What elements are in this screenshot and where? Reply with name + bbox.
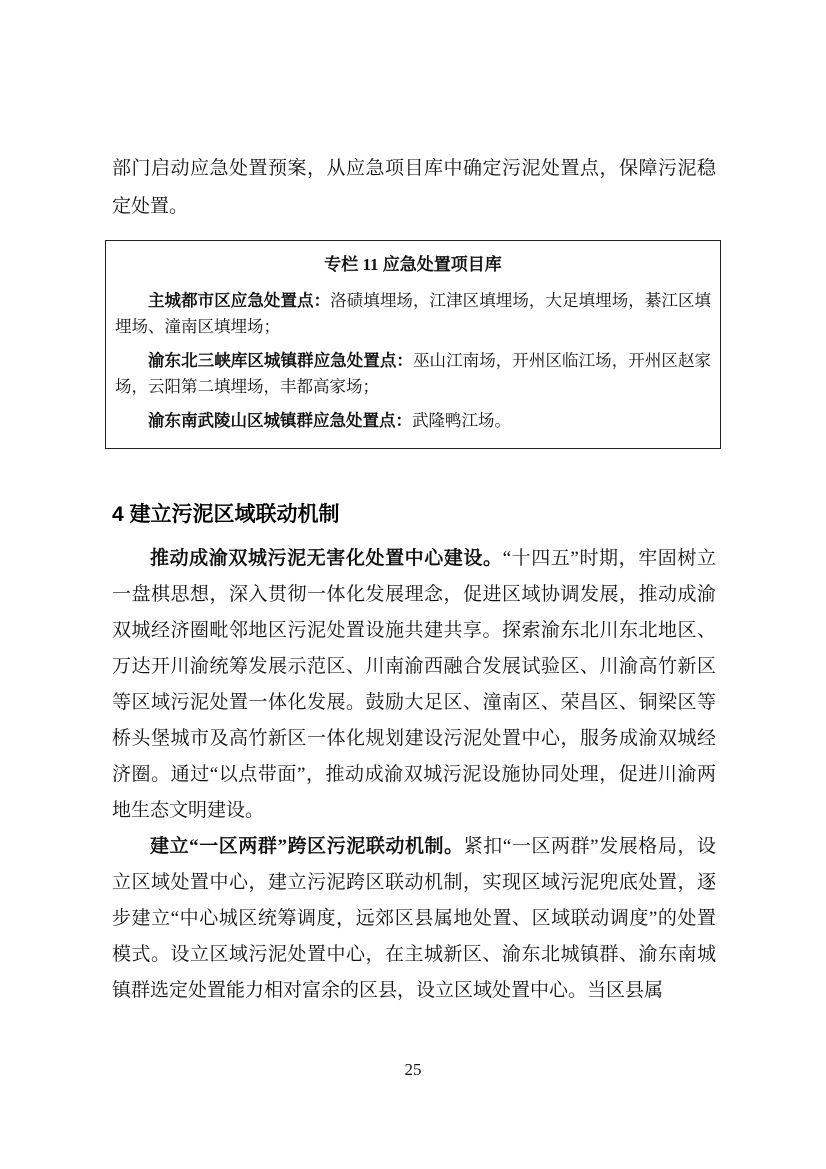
body-paragraph-lead: 建立“一区两群”跨区污泥联动机制。: [150, 836, 464, 857]
callout-box-title: 专栏 11 应急处置项目库: [115, 250, 711, 280]
page-number: 25: [0, 1058, 826, 1082]
body-paragraph: 推动成渝双城污泥无害化处置中心建设。“十四五”时期，牢固树立一盘棋思想，深入贯彻…: [112, 541, 716, 829]
callout-item: 渝东南武陵山区城镇群应急处置点：武隆鸭江场。: [115, 408, 711, 434]
page-content: 部门启动应急处置预案，从应急项目库中确定污泥处置点，保障污泥稳定处置。 专栏 1…: [112, 150, 716, 1009]
intro-paragraph: 部门启动应急处置预案，从应急项目库中确定污泥处置点，保障污泥稳定处置。: [112, 150, 716, 226]
callout-item-label: 渝东北三峡库区城镇群应急处置点：: [148, 351, 413, 370]
callout-item: 渝东北三峡库区城镇群应急处置点：巫山江南场，开州区临江场，开州区赵家场，云阳第二…: [115, 348, 711, 400]
body-paragraph-text: “十四五”时期，牢固树立一盘棋思想，深入贯彻一体化发展理念，促进区域协调发展，推…: [112, 548, 716, 821]
callout-item-label: 渝东南武陵山区城镇群应急处置点：: [148, 411, 412, 430]
body-paragraph-lead: 推动成渝双城污泥无害化处置中心建设。: [150, 548, 503, 569]
callout-box: 专栏 11 应急处置项目库 主城都市区应急处置点：洛碛填埋场，江津区填埋场，大足…: [105, 240, 721, 449]
body-paragraph-text: 紧扣“一区两群”发展格局，设立区域处置中心，建立污泥跨区联动机制，实现区域污泥兜…: [112, 836, 716, 1001]
callout-item: 主城都市区应急处置点：洛碛填埋场，江津区填埋场，大足填埋场，綦江区填埋场、潼南区…: [115, 288, 711, 340]
callout-item-label: 主城都市区应急处置点：: [148, 291, 330, 310]
section-heading: 4 建立污泥区域联动机制: [112, 501, 716, 529]
body-paragraph: 建立“一区两群”跨区污泥联动机制。紧扣“一区两群”发展格局，设立区域处置中心，建…: [112, 829, 716, 1009]
callout-item-text: 武隆鸭江场。: [412, 411, 511, 430]
